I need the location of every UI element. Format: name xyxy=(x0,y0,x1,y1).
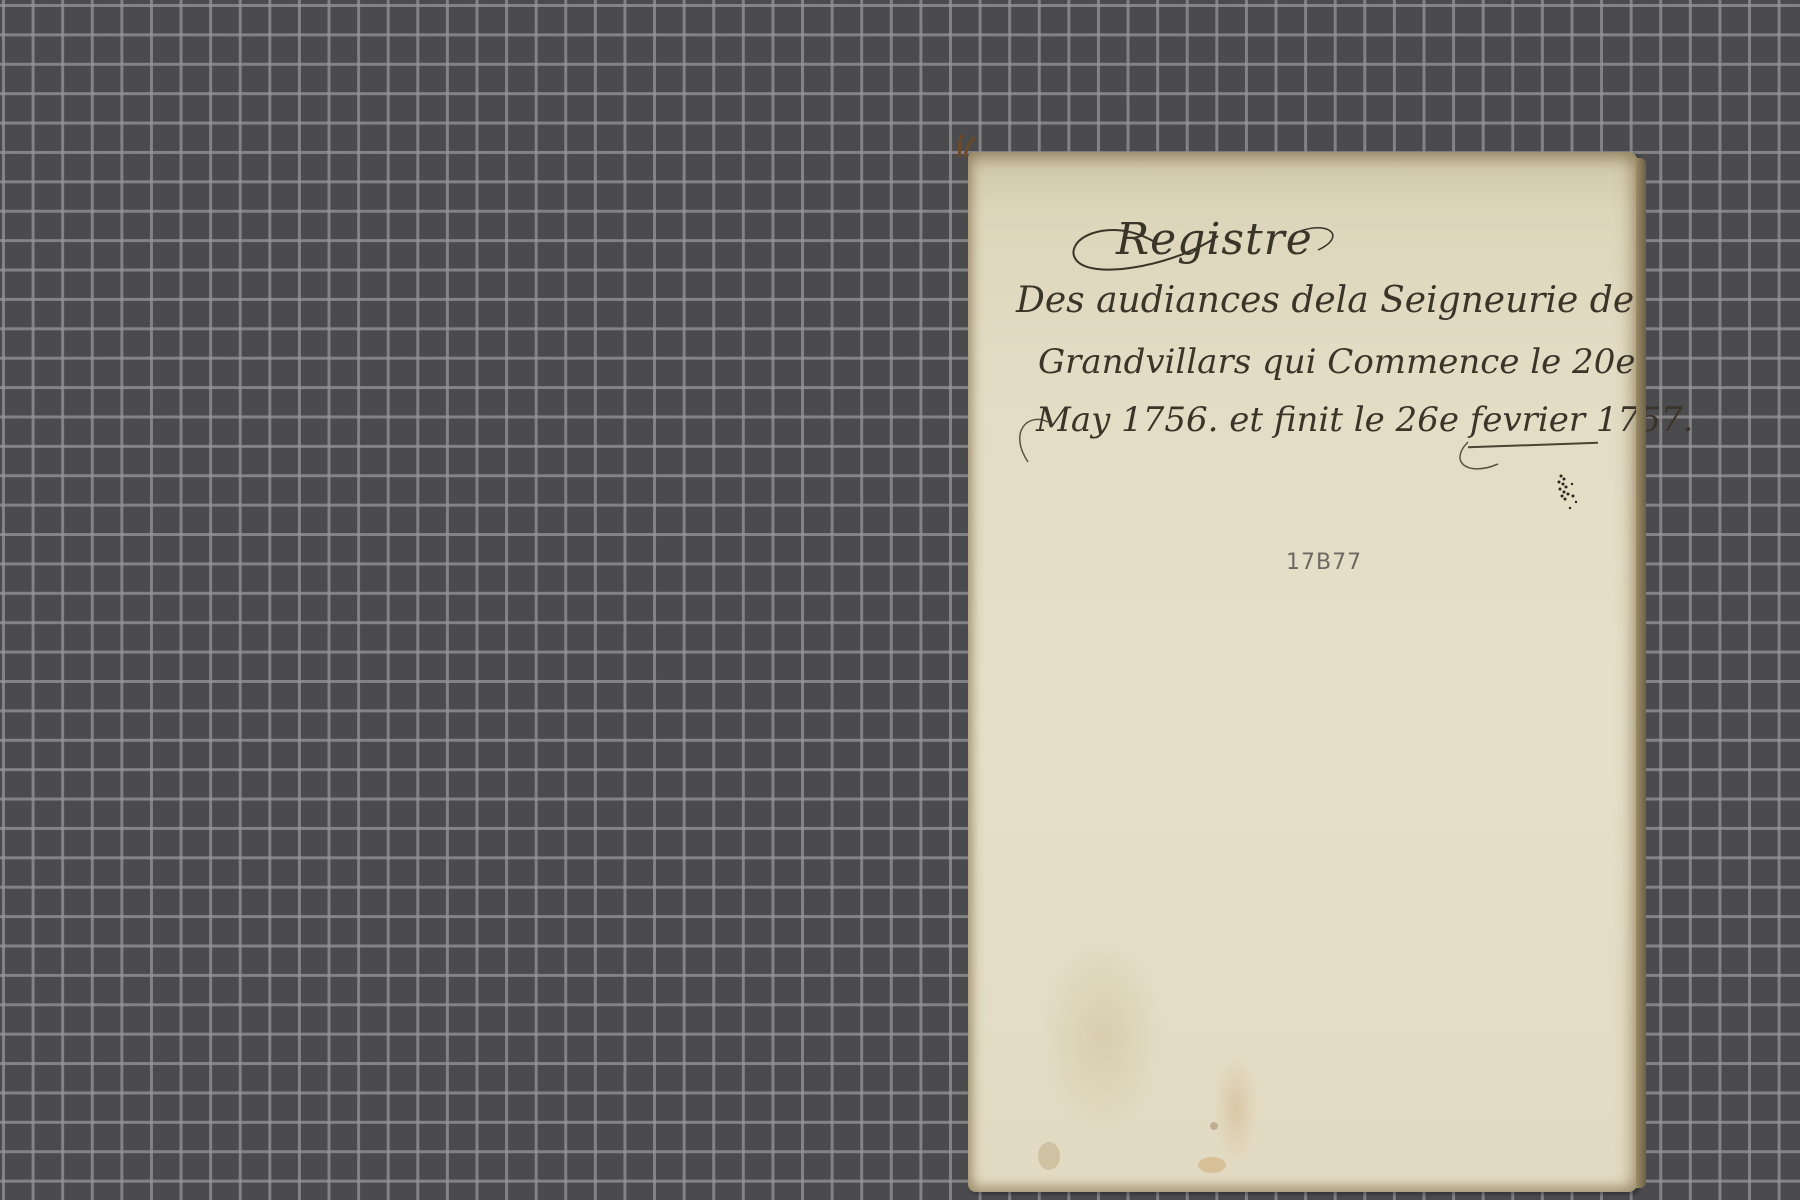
paper-stain xyxy=(1038,1142,1060,1170)
ink-blot-mark xyxy=(1553,472,1583,512)
paper-stain xyxy=(1198,1157,1226,1173)
paper-stain xyxy=(1210,1122,1218,1130)
register-subtitle-line-2: Grandvillars qui Commence le 20e xyxy=(1038,342,1635,382)
register-subtitle-line-3: May 1756. et finit le 26e fevrier 1757. xyxy=(1036,400,1693,440)
register-subtitle-line-1: Des audiances dela Seigneurie de xyxy=(1016,280,1634,321)
register-cover-page: Registre Des audiances dela Seigneurie d… xyxy=(968,152,1638,1192)
date-underline xyxy=(1468,442,1598,449)
archive-call-number: 17B77 xyxy=(1286,550,1362,575)
register-title: Registre xyxy=(1116,214,1313,265)
